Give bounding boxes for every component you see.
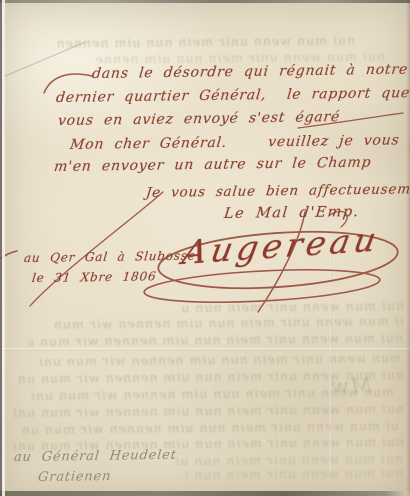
verso-showthrough-line: nui mun wenn unir mein nun uim nennen wi…: [38, 350, 400, 369]
letter-body-line: Mon cher Général. veuillez je vous prie: [69, 132, 410, 153]
horizontal-fold-crease: [0, 348, 410, 351]
closing-rank-line: Le Mal d'Emp.: [223, 204, 360, 222]
letter-body-line: dans le désordre qui régnait à notre: [91, 62, 409, 82]
letter-body-line: dernier quartier Général, le rapport que: [55, 85, 410, 106]
page-edge-top: [0, 0, 410, 3]
dateline-place: au Qer Gal à Slubosse: [23, 249, 196, 265]
signature-augereau: Augereau: [180, 220, 384, 272]
docket-location: Gratienen: [37, 469, 112, 485]
verso-showthrough-line: nui mun wenn unir mein nun uim nennen wi…: [55, 32, 355, 50]
corner-crease: [4, 42, 85, 77]
page-edge-left-highlight: [2, 0, 5, 496]
verso-showthrough-line: nui mun wenn unir mein nun uim nennen wi…: [28, 330, 403, 349]
verso-showthrough-line: nui mun wenn unir mein nun uim nennen wi…: [185, 465, 403, 482]
letter-body-line: m'en envoyer un autre sur le Champ: [53, 155, 372, 175]
vertical-fold-crease: [330, 238, 332, 473]
closing-salutation: Je vous salue bien affectueusement: [145, 181, 410, 201]
page-edge-right-shadow: [406, 0, 410, 496]
docket-recipient: au Général Heudelet: [13, 448, 177, 465]
letter-body-line: vous en aviez envoyé s'est égaré: [57, 109, 341, 129]
verso-showthrough-line: nui mun wenn unir mein nun uim nennen wi…: [12, 401, 404, 420]
page-edge-bottom: [0, 491, 410, 496]
verso-showthrough-flourish: Mw: [286, 374, 372, 399]
dateline-date: le 31 Xbre 1806: [31, 269, 157, 285]
letter-page: nui mun wenn unir mein nun uim nennen wi…: [0, 0, 410, 496]
verso-showthrough-line: nui mun wenn unir mein nun uim nennen wi…: [55, 313, 403, 332]
